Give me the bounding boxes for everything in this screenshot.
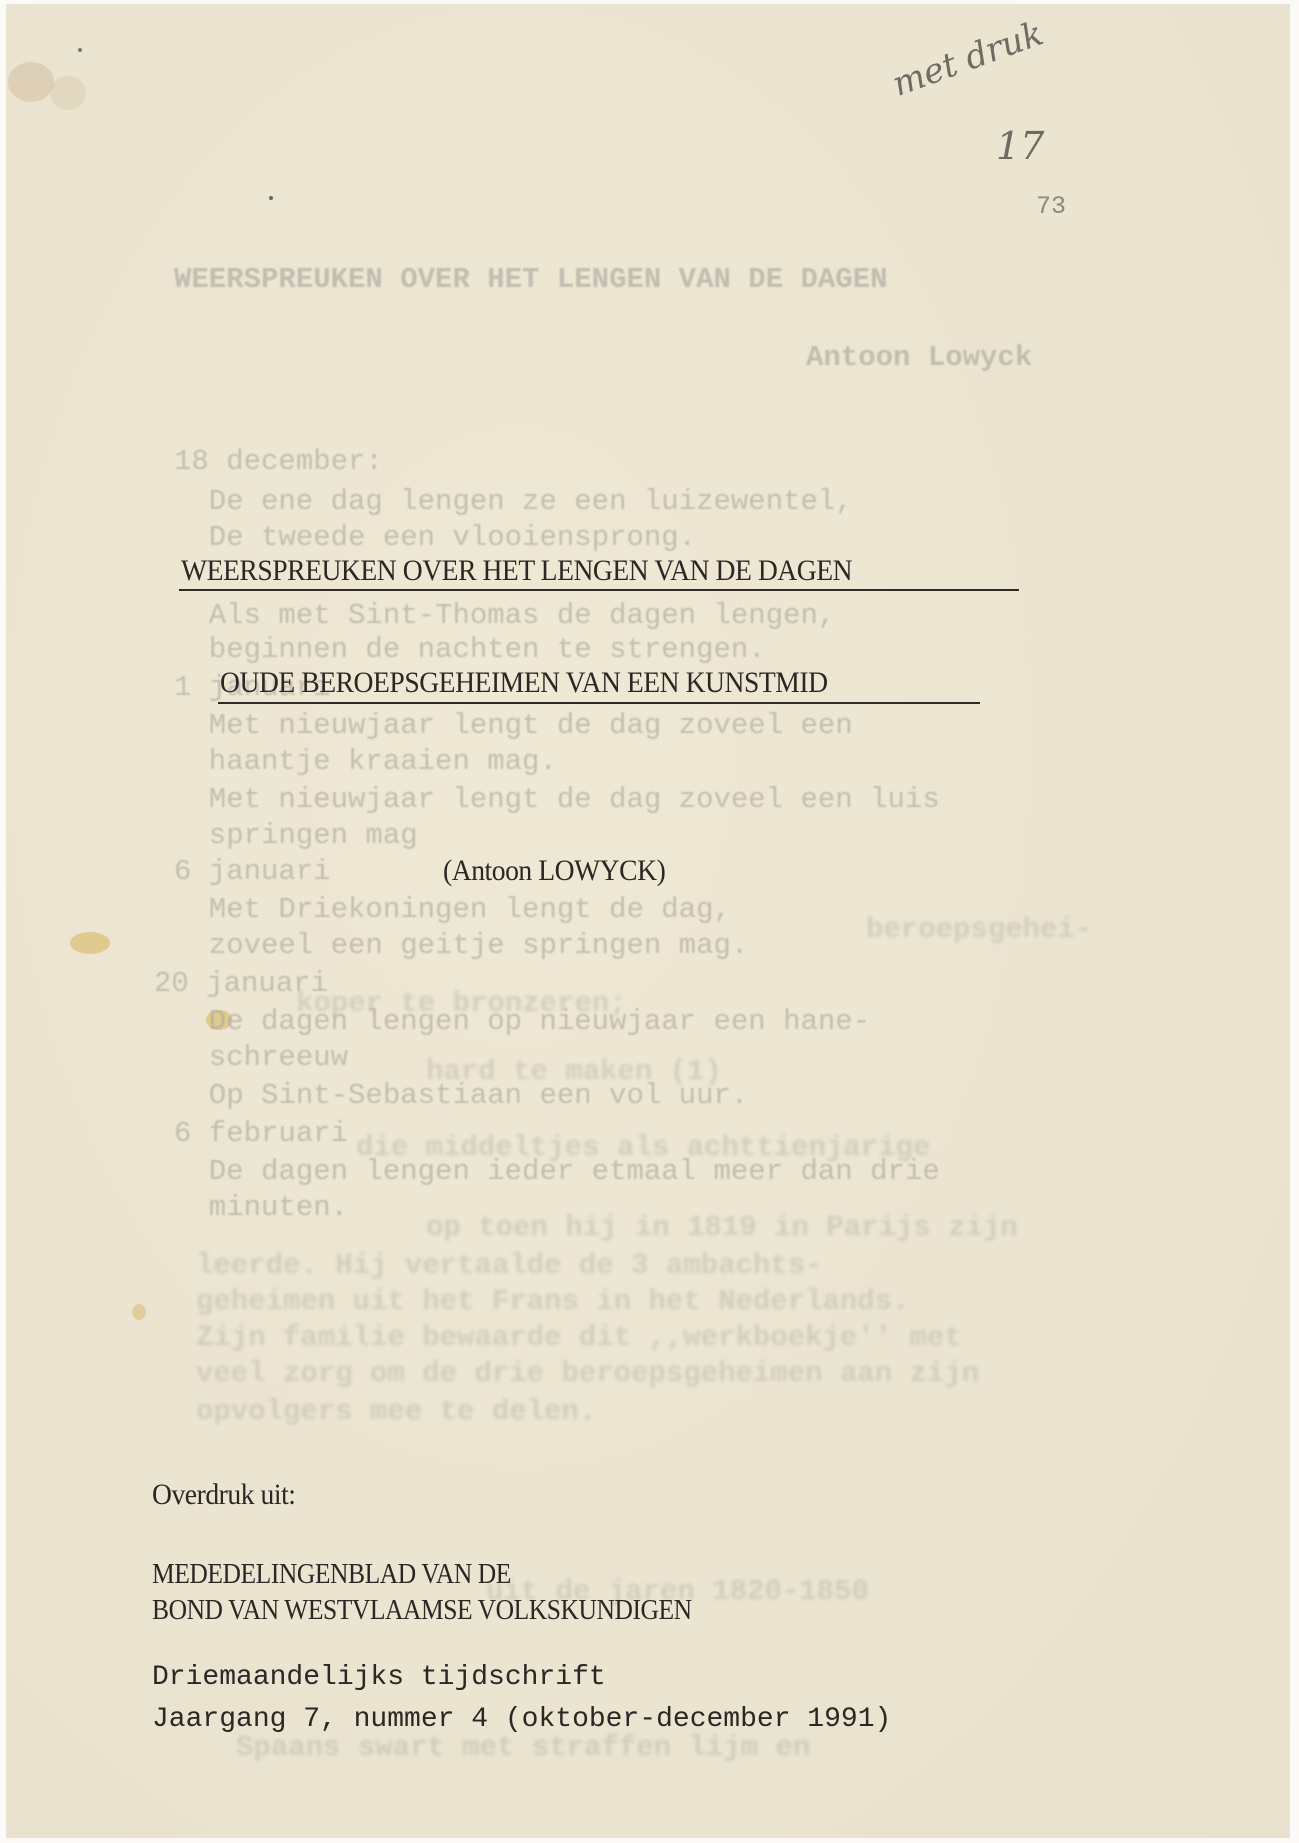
show-through-mirror-line: leerde. Hij vertaalde de 3 ambachts- [196, 1248, 823, 1284]
show-through-line: Met nieuwjaar lengt de dag zoveel een lu… [174, 782, 940, 818]
stain-mark [78, 48, 82, 52]
show-through-line: Met Driekoningen lengt de dag, [174, 892, 731, 928]
show-through-mirror-line: opvolgers mee te delen. [196, 1394, 596, 1430]
show-through-mirror-line: geheimen uit het Frans in het Nederlands… [196, 1284, 910, 1320]
article-title-1: WEERSPREUKEN OVER HET LENGEN VAN DE DAGE… [181, 554, 852, 588]
show-through-line: springen mag [174, 818, 418, 854]
show-through-mirror-line: Spaans swart met straffen lijm en [236, 1730, 810, 1766]
publication-name-line-2: BOND VAN WESTVLAAMSE VOLKSKUNDIGEN [152, 1594, 692, 1627]
document-page: WEERSPREUKEN OVER HET LENGEN VAN DE DAGE… [6, 4, 1290, 1838]
show-through-line: 18 december: [174, 444, 383, 480]
stain-mark [70, 932, 110, 954]
show-through-line: 6 februari [174, 1116, 348, 1152]
show-through-line: Met nieuwjaar lengt de dag zoveel een [174, 708, 853, 744]
title-underline [218, 702, 980, 704]
page-number: 73 [1036, 192, 1066, 221]
show-through-mirror-line: beroepsgehei- [866, 912, 1092, 948]
show-through-mirror-line: Zijn familie bewaarde dit ,,werkboekje''… [196, 1320, 962, 1356]
show-through-mirror-line: hard te maken (1) [426, 1054, 722, 1090]
issue-info: Jaargang 7, nummer 4 (oktober-december 1… [152, 1704, 891, 1735]
show-through-mirror-line: op toen hij in 1819 in Parijs zijn [426, 1210, 1018, 1246]
periodical-type: Driemaandelijks tijdschrift [152, 1662, 606, 1693]
show-through-line: Als met Sint-Thomas de dagen lengen, [174, 598, 835, 634]
handwritten-number: 17 [996, 124, 1044, 168]
show-through-line: haantje kraaien mag. [174, 744, 557, 780]
show-through-line: minuten. [174, 1190, 348, 1226]
show-through-mirror-line: die middeltjes als achttienjarige [356, 1130, 930, 1166]
stain-mark [8, 62, 54, 102]
show-through-line: beginnen de nachten te strengen. [174, 632, 766, 668]
show-through-heading: WEERSPREUKEN OVER HET LENGEN VAN DE DAGE… [174, 262, 888, 298]
show-through-byline: Antoon Lowyck [806, 340, 1032, 376]
show-through-mirror-line: koper te bronzeren; [296, 986, 627, 1022]
show-through-line: De tweede een vlooiensprong. [174, 520, 696, 556]
stain-mark [132, 1304, 146, 1320]
show-through-line: 6 januari [174, 854, 331, 890]
show-through-line: schreeuw [174, 1040, 348, 1076]
offprint-label: Overdruk uit: [152, 1478, 295, 1512]
show-through-line: zoveel een geitje springen mag. [174, 928, 748, 964]
title-underline [179, 589, 1019, 591]
publication-name-line-1: MEDEDELINGENBLAD VAN DE [152, 1558, 511, 1591]
show-through-mirror-line: veel zorg om de drie beroepsgeheimen aan… [196, 1356, 979, 1392]
show-through-line: De ene dag lengen ze een luizewentel, [174, 484, 853, 520]
author-name: (Antoon LOWYCK) [443, 854, 665, 888]
article-title-2: OUDE BEROEPSGEHEIMEN VAN EEN KUNSTMID [220, 666, 828, 700]
stain-mark [269, 196, 273, 200]
handwritten-note: met druk [887, 13, 1049, 104]
stain-mark [50, 76, 86, 110]
